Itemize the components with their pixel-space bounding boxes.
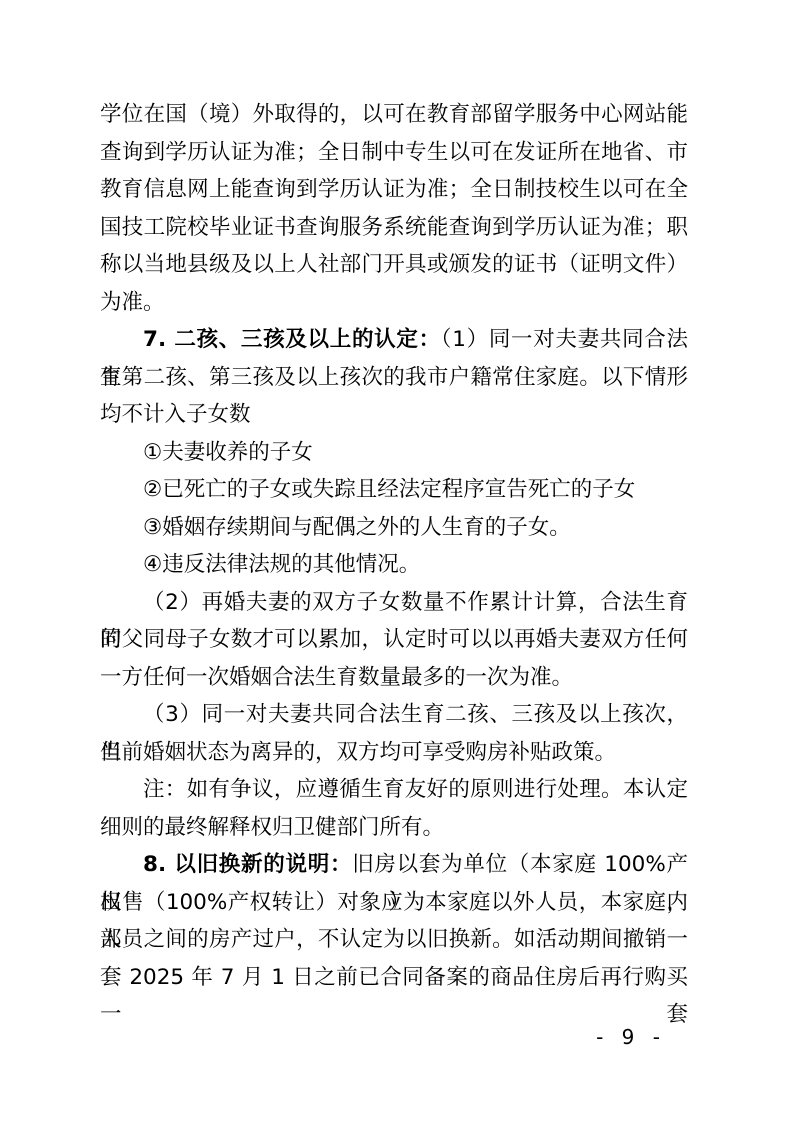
- text-line: 8. 以旧换新的说明：旧房以套为单位（本家庭 100%产权），: [100, 846, 688, 884]
- text-line: 教育信息网上能查询到学历认证为准；全日制技校生以可在全: [100, 171, 688, 209]
- text-line: 育第二孩、第三孩及以上孩次的我市户籍常住家庭。以下情形: [100, 359, 688, 397]
- page-number: - 9 -: [592, 1024, 670, 1050]
- text-line: ④违反法律法规的其他情况。: [100, 546, 688, 584]
- document-body: 学位在国（境）外取得的，以可在教育部留学服务中心网站能查询到学历认证为准；全日制…: [100, 96, 688, 996]
- text-line: 注：如有争议，应遵循生育友好的原则进行处理。本认定: [100, 771, 688, 809]
- document-page: 学位在国（境）外取得的，以可在教育部留学服务中心网站能查询到学历认证为准；全日制…: [0, 0, 793, 1122]
- text-line: ③婚姻存续期间与配偶之外的人生育的子女。: [100, 509, 688, 547]
- text-line: 当前婚姻状态为离异的，双方均可享受购房补贴政策。: [100, 734, 688, 772]
- text-line: 7. 二孩、三孩及以上的认定：（1）同一对夫妻共同合法生: [100, 321, 688, 359]
- section-heading: 7. 二孩、三孩及以上的认定：: [143, 327, 441, 352]
- text-line: 人员之间的房产过户，不认定为以旧换新。如活动期间撤销一: [100, 921, 688, 959]
- text-line: 称以当地县级及以上人社部门开具或颁发的证书（证明文件）: [100, 246, 688, 284]
- section-heading: 8. 以旧换新的说明：: [143, 852, 352, 877]
- text-line: （3）同一对夫妻共同合法生育二孩、三孩及以上孩次，但: [100, 696, 688, 734]
- text-line: 查询到学历认证为准；全日制中专生以可在发证所在地省、市: [100, 134, 688, 172]
- text-line: 细则的最终解释权归卫健部门所有。: [100, 809, 688, 847]
- text-line: ①夫妻收养的子女: [100, 434, 688, 472]
- text-line: 为准。: [100, 284, 688, 322]
- text-line: （2）再婚夫妻的双方子女数量不作累计计算，合法生育的: [100, 584, 688, 622]
- text-line: 学位在国（境）外取得的，以可在教育部留学服务中心网站能: [100, 96, 688, 134]
- text-line: 出售（100%产权转让）对象应为本家庭以外人员，本家庭内部: [100, 884, 688, 922]
- text-line: 一方任何一次婚姻合法生育数量最多的一次为准。: [100, 659, 688, 697]
- text-line: 国技工院校毕业证书查询服务系统能查询到学历认证为准；职: [100, 209, 688, 247]
- text-line: 套 2025 年 7 月 1 日之前已合同备案的商品住房后再行购买一套: [100, 959, 688, 997]
- text-line: 同父同母子女数才可以累加，认定时可以以再婚夫妻双方任何: [100, 621, 688, 659]
- text-line: 均不计入子女数: [100, 396, 688, 434]
- text-line: ②已死亡的子女或失踪且经法定程序宣告死亡的子女: [100, 471, 688, 509]
